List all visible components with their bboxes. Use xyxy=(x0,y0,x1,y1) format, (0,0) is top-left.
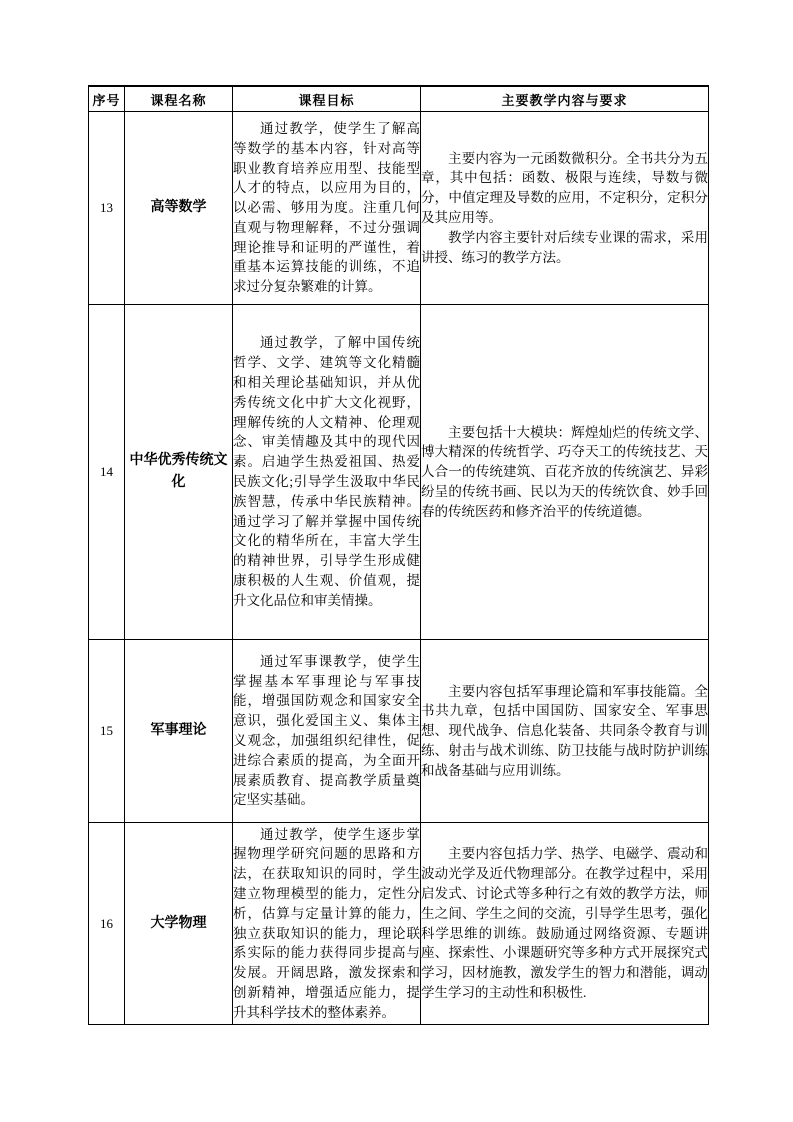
course-name: 中华优秀传统文化 xyxy=(125,305,233,640)
course-objectives: 通过教学，了解中国传统哲学、文学、建筑等文化精髓和相关理论基础知识，并从优秀传统… xyxy=(233,305,421,640)
course-no: 15 xyxy=(89,640,125,823)
course-content: 主要内容包括力学、热学、电磁学、震动和波动光学及近代物理部分。在教学过程中，采用… xyxy=(421,823,709,1025)
table-row: 15 军事理论 通过军事课教学，使学生掌握基本军事理论与军事技能，增强国防观念和… xyxy=(89,640,709,823)
paragraph: 通过教学，使学生逐步掌握物理学研究问题的思路和方法，在获取知识的同时，学生建立物… xyxy=(233,825,420,1023)
document-page: 序号 课程名称 课程目标 主要教学内容与要求 13 高等数学 通过教学，使学生了… xyxy=(0,0,793,1122)
course-no: 14 xyxy=(89,305,125,640)
paragraph: 主要内容为一元函数微积分。全书共分为五章，其中包括：函数、极限与连续，导数与微分… xyxy=(421,149,708,228)
table-header-row: 序号 课程名称 课程目标 主要教学内容与要求 xyxy=(89,86,709,112)
paragraph: 通过教学，使学生了解高等数学的基本内容，针对高等职业教育培养应用型、技能型人才的… xyxy=(233,119,420,297)
paragraph: 教学内容主要针对后续专业课的需求，采用讲授、练习的教学方法。 xyxy=(421,228,708,268)
course-name: 军事理论 xyxy=(125,640,233,823)
course-content: 主要内容包括军事理论篇和军事技能篇。全书共九章，包括中国国防、国家安全、军事思想… xyxy=(421,640,709,823)
paragraph: 主要包括十大模块：辉煌灿烂的传统文学、博大精深的传统哲学、巧夺天工的传统技艺、天… xyxy=(421,423,708,522)
course-no: 13 xyxy=(89,112,125,305)
paragraph: 主要内容包括军事理论篇和军事技能篇。全书共九章，包括中国国防、国家安全、军事思想… xyxy=(421,682,708,781)
course-no: 16 xyxy=(89,823,125,1025)
course-name: 大学物理 xyxy=(125,823,233,1025)
paragraph: 通过军事课教学，使学生掌握基本军事理论与军事技能，增强国防观念和国家安全意识，强… xyxy=(233,652,420,810)
course-name: 高等数学 xyxy=(125,112,233,305)
paragraph: 通过教学，了解中国传统哲学、文学、建筑等文化精髓和相关理论基础知识，并从优秀传统… xyxy=(233,333,420,610)
course-objectives: 通过军事课教学，使学生掌握基本军事理论与军事技能，增强国防观念和国家安全意识，强… xyxy=(233,640,421,823)
table-row: 13 高等数学 通过教学，使学生了解高等数学的基本内容，针对高等职业教育培养应用… xyxy=(89,112,709,305)
paragraph: 主要内容包括力学、热学、电磁学、震动和波动光学及近代物理部分。在教学过程中，采用… xyxy=(421,844,708,1002)
header-col-no: 序号 xyxy=(89,86,125,112)
header-col-content: 主要教学内容与要求 xyxy=(421,86,709,112)
table-row: 14 中华优秀传统文化 通过教学，了解中国传统哲学、文学、建筑等文化精髓和相关理… xyxy=(89,305,709,640)
course-content: 主要内容为一元函数微积分。全书共分为五章，其中包括：函数、极限与连续，导数与微分… xyxy=(421,112,709,305)
course-content: 主要包括十大模块：辉煌灿烂的传统文学、博大精深的传统哲学、巧夺天工的传统技艺、天… xyxy=(421,305,709,640)
course-objectives: 通过教学，使学生了解高等数学的基本内容，针对高等职业教育培养应用型、技能型人才的… xyxy=(233,112,421,305)
course-table: 序号 课程名称 课程目标 主要教学内容与要求 13 高等数学 通过教学，使学生了… xyxy=(88,85,709,1025)
header-col-course-name: 课程名称 xyxy=(125,86,233,112)
course-objectives: 通过教学，使学生逐步掌握物理学研究问题的思路和方法，在获取知识的同时，学生建立物… xyxy=(233,823,421,1025)
table-row: 16 大学物理 通过教学，使学生逐步掌握物理学研究问题的思路和方法，在获取知识的… xyxy=(89,823,709,1025)
header-col-objectives: 课程目标 xyxy=(233,86,421,112)
